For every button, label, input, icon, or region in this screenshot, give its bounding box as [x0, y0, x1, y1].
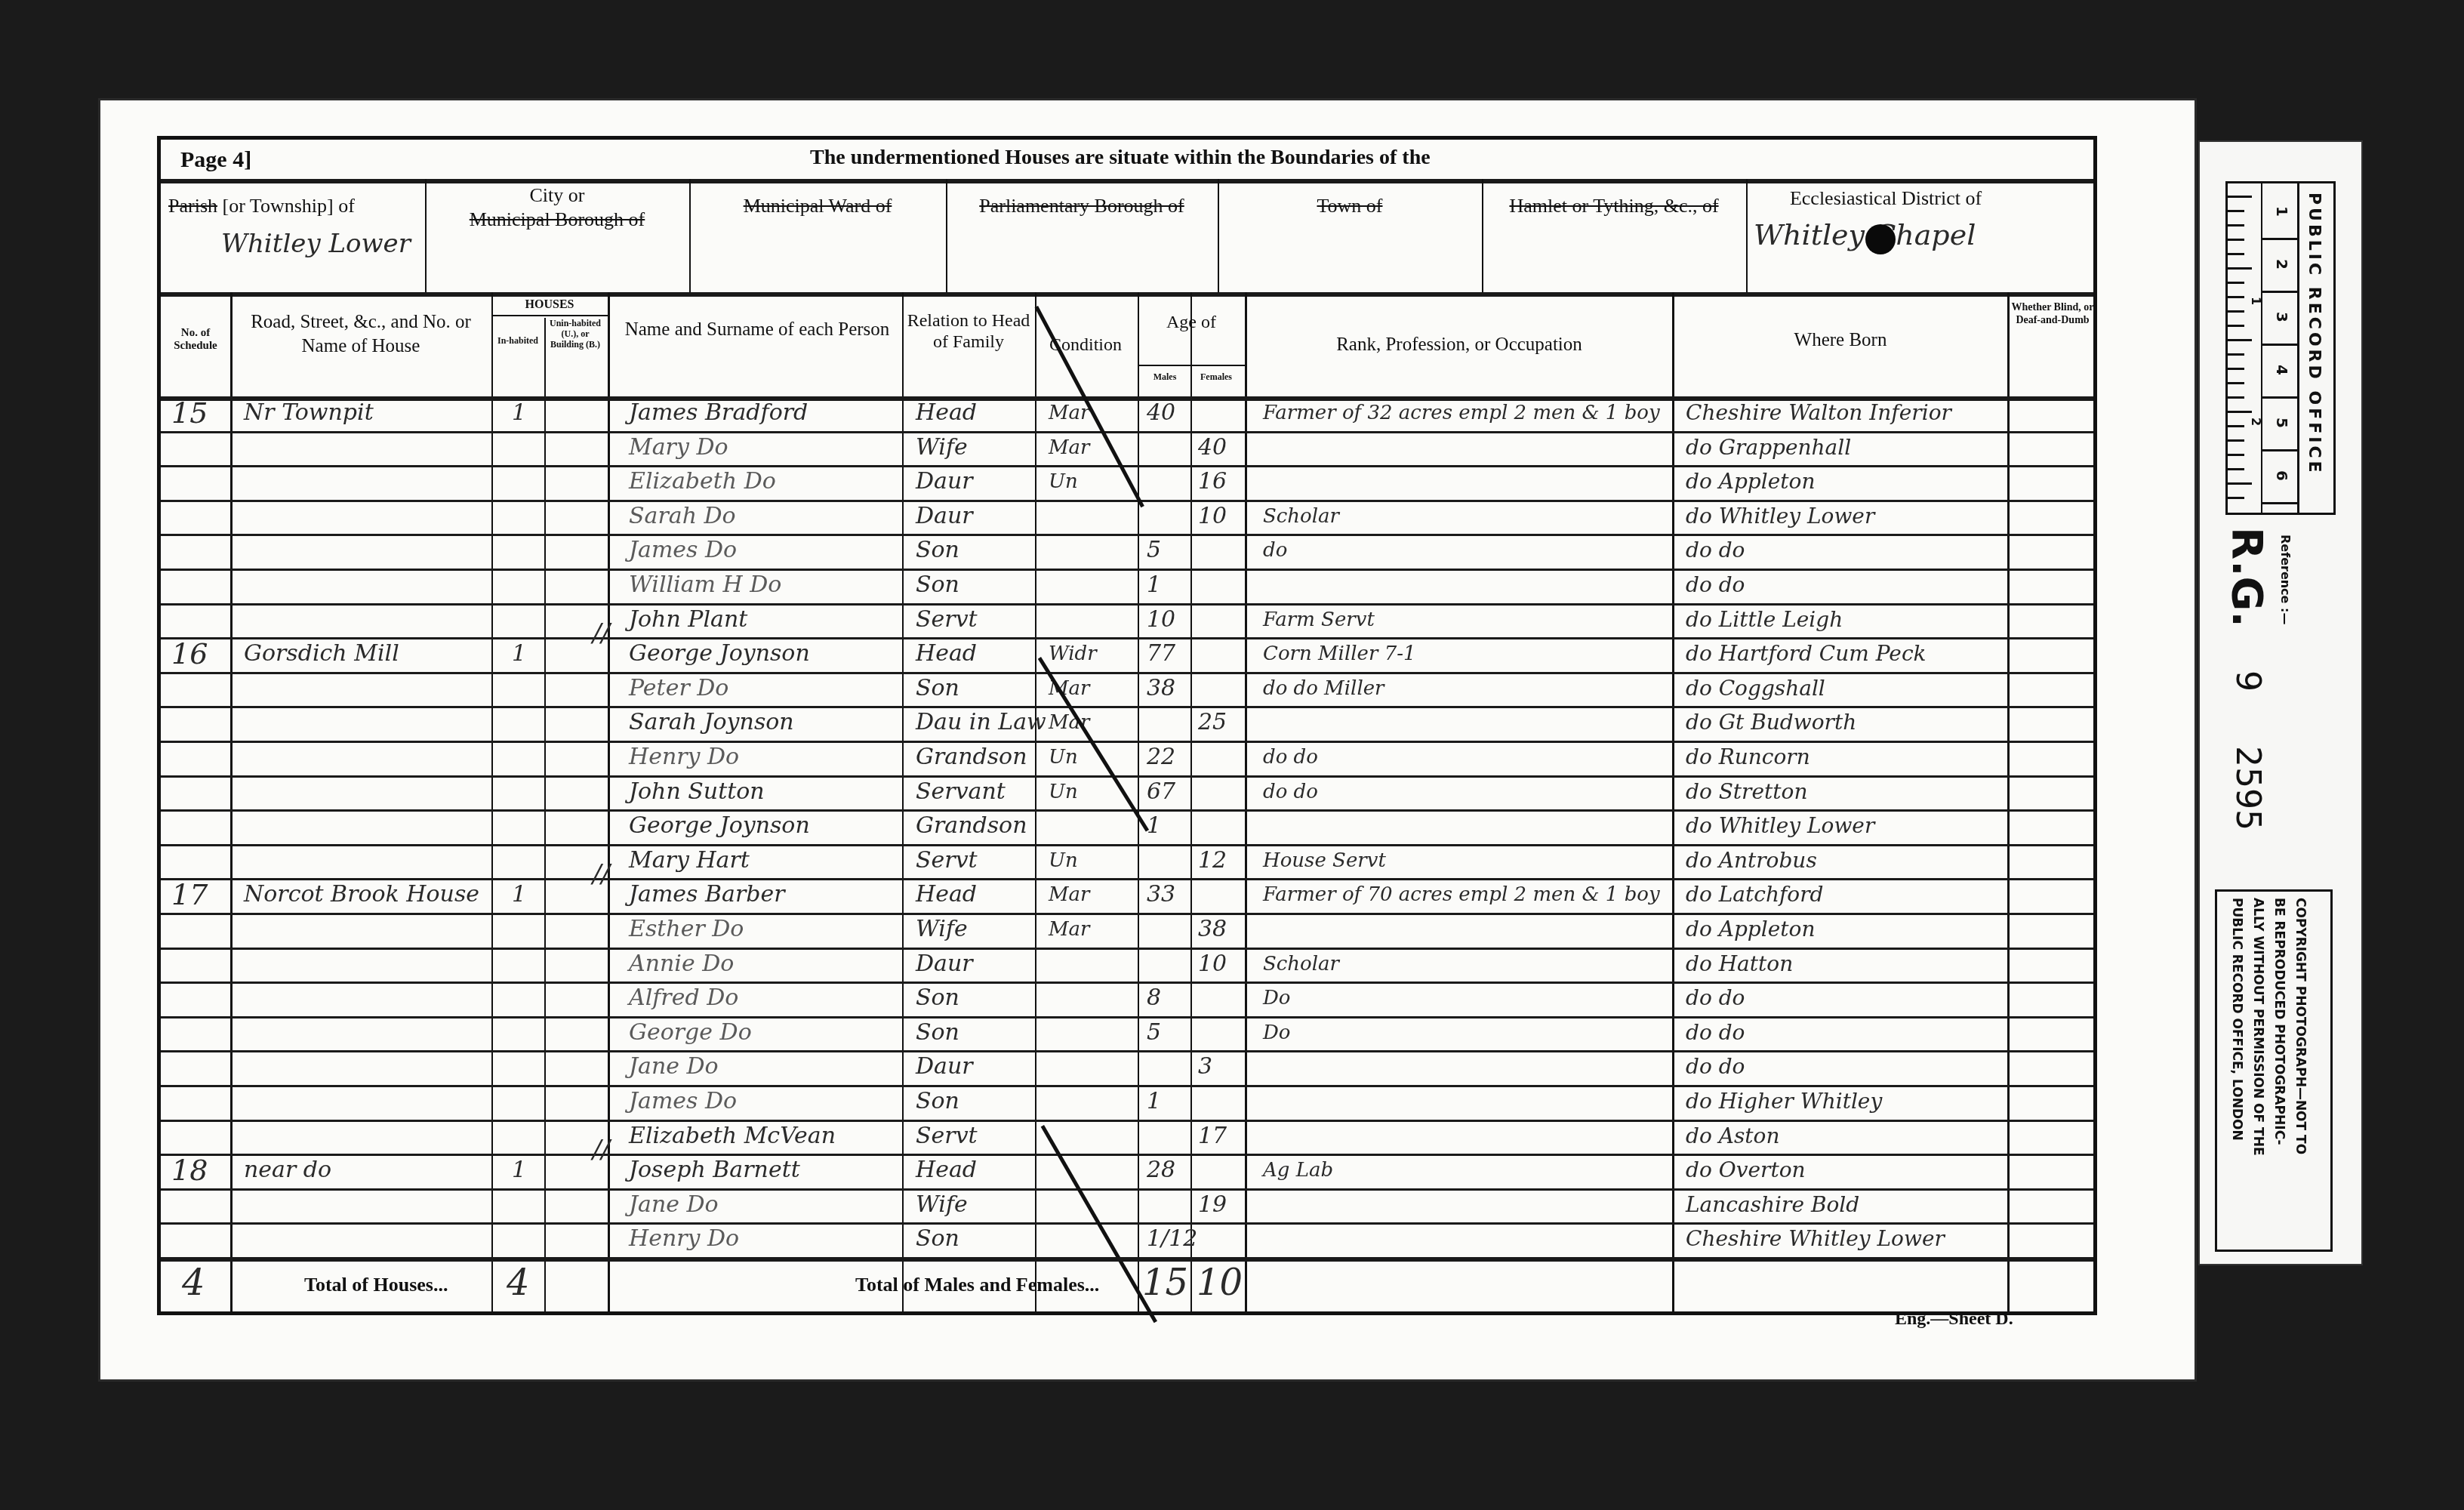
- row-divider: [161, 981, 2093, 984]
- office-label: PUBLIC RECORD OFFICE: [2305, 193, 2324, 476]
- column-divider: [902, 292, 904, 1314]
- row-relation: Son: [916, 1018, 959, 1048]
- row-inhabited: 1: [512, 880, 526, 910]
- row-occupation: House Servt: [1263, 846, 1386, 876]
- row-age-male: 10: [1147, 605, 1175, 635]
- total-persons-label: Total of Males and Females...: [855, 1274, 1099, 1296]
- copyright-line: PUBLIC RECORD OFFICE, LONDON: [2229, 898, 2244, 1141]
- row-born: do do: [1686, 570, 1745, 600]
- ruler-tick: [2228, 353, 2244, 356]
- row-name: Henry Do: [629, 742, 739, 772]
- household-separator-mark: //: [593, 618, 610, 649]
- column-divider: [1138, 292, 1139, 1314]
- ruler-tick: [2228, 339, 2252, 341]
- row-age-female: 25: [1198, 707, 1227, 738]
- ruler-tick: [2228, 310, 2244, 313]
- row-occupation: do do: [1263, 742, 1318, 772]
- row-relation: Head: [916, 639, 977, 669]
- row-occupation: Farm Servt: [1263, 605, 1375, 635]
- col-males: Males: [1141, 371, 1189, 384]
- row-divider: [161, 948, 2093, 950]
- column-divider: [1035, 292, 1036, 1314]
- sheet-footer: Eng.—Sheet D.: [1895, 1309, 2013, 1330]
- ruler-number: 4: [2273, 365, 2291, 375]
- row-born: do Appleton: [1686, 467, 1815, 497]
- row-relation: Wife: [916, 914, 968, 945]
- col-schedule: No. of Schedule: [161, 327, 230, 353]
- row-age-male: 1/12: [1147, 1224, 1197, 1254]
- ruler-number: 2: [2273, 259, 2291, 270]
- row-name: Jane Do: [629, 1190, 719, 1220]
- row-occupation: do do: [1263, 777, 1318, 807]
- household-separator-mark: //: [593, 859, 610, 889]
- row-occupation: Scholar: [1263, 949, 1339, 979]
- col-inhabited: In-habited: [493, 334, 543, 347]
- reference-strip: PUBLIC RECORD OFFICE 12345612 Reference …: [2198, 140, 2363, 1265]
- ruler-tick: [2228, 396, 2244, 399]
- ruler-number: 1: [2273, 206, 2291, 217]
- ruler-tick: [2228, 411, 2252, 413]
- row-name: Jane Do: [629, 1052, 719, 1082]
- row-relation: Dau in Law: [916, 707, 1046, 738]
- row-age-female: 38: [1198, 914, 1227, 945]
- ruler: PUBLIC RECORD OFFICE 12345612: [2225, 181, 2336, 515]
- row-name: Sarah Do: [629, 501, 736, 532]
- row-name: Elizabeth McVean: [629, 1121, 836, 1151]
- household-separator-mark: //: [593, 1135, 610, 1165]
- row-name: Peter Do: [629, 673, 728, 704]
- row-born: do do: [1686, 535, 1745, 565]
- row-age-male: 5: [1147, 1018, 1161, 1048]
- ruler-tick: [2228, 224, 2244, 226]
- scale-mark: 1: [2249, 297, 2263, 305]
- column-divider: [1245, 292, 1247, 1314]
- col-females: Females: [1192, 371, 1240, 384]
- row-relation: Grandson: [916, 811, 1027, 841]
- row-relation: Son: [916, 1224, 959, 1254]
- row-condition: Un: [1049, 467, 1078, 497]
- col-age: Age of: [1138, 310, 1244, 334]
- col-name: Name and Surname of each Person: [614, 318, 901, 342]
- row-born: do Gt Budworth: [1686, 707, 1856, 738]
- col-relation: Relation to Head of Family: [904, 310, 1033, 353]
- row-relation: Servt: [916, 605, 978, 635]
- row-relation: Grandson: [916, 742, 1027, 772]
- row-age-female: 19: [1198, 1190, 1227, 1220]
- divider: [1138, 365, 1245, 366]
- row-age-male: 40: [1147, 398, 1175, 428]
- total-males: 15: [1142, 1262, 1188, 1304]
- municipal-ward-label: Municipal Ward of: [697, 194, 938, 218]
- row-divider: [161, 569, 2093, 571]
- row-born: Cheshire Walton Inferior: [1686, 398, 1951, 428]
- row-relation: Wife: [916, 1190, 968, 1220]
- row-name: Sarah Joynson: [629, 707, 794, 738]
- row-condition: Mar: [1049, 433, 1090, 463]
- ruler-tick: [2228, 282, 2244, 284]
- page-label: Page 4]: [180, 147, 251, 173]
- row-born: do Hatton: [1686, 949, 1793, 979]
- row-age-male: 67: [1147, 777, 1175, 807]
- column-divider: [2007, 292, 2010, 1314]
- row-born: do Hartford Cum Peck: [1686, 639, 1927, 669]
- divider: [1482, 179, 1483, 292]
- row-name: James Do: [629, 1086, 737, 1117]
- scale-mark: 2: [2249, 418, 2263, 426]
- ruler-tick: [2228, 368, 2244, 370]
- row-schedule: 16: [171, 639, 208, 669]
- divider: [161, 292, 2093, 297]
- divider: [2297, 183, 2299, 513]
- parish-label: Parish [or Township] of: [168, 194, 417, 218]
- row-relation: Daur: [916, 1052, 973, 1082]
- row-age-male: 28: [1147, 1155, 1175, 1185]
- col-uninhabited: Unin-habited (U.), or Building (B.): [546, 318, 605, 350]
- hamlet-label: Hamlet or Tything, &c., of: [1489, 194, 1739, 218]
- row-born: do Stretton: [1686, 777, 1807, 807]
- ink-blot: [1865, 224, 1896, 254]
- row-born: do Grappenhall: [1686, 433, 1851, 463]
- ecclesiastical-district-label: Ecclesiastical District of: [1750, 186, 2022, 211]
- row-born: Cheshire Whitley Lower: [1686, 1224, 1945, 1254]
- divider: [946, 179, 947, 292]
- ruler-tick: [2228, 296, 2244, 298]
- ruler-tick: [2228, 382, 2244, 384]
- ruler-tick: [2228, 196, 2252, 198]
- row-born: do Overton: [1686, 1155, 1806, 1185]
- copyright-line: BE REPRODUCED PHOTOGRAPHIC-: [2271, 898, 2287, 1145]
- row-age-male: 5: [1147, 535, 1161, 565]
- row-road: near do: [244, 1155, 331, 1185]
- row-schedule: 17: [171, 880, 208, 910]
- row-relation: Head: [916, 398, 977, 428]
- row-name: John Plant: [629, 605, 747, 635]
- row-inhabited: 1: [512, 1155, 526, 1185]
- total-houses-label: Total of Houses...: [304, 1274, 448, 1296]
- row-road: Gorsdich Mill: [244, 639, 399, 669]
- row-born: do Antrobus: [1686, 846, 1817, 876]
- row-born: Lancashire Bold: [1686, 1190, 1859, 1220]
- reference-piece: 2595: [2228, 746, 2267, 830]
- row-schedule: 18: [171, 1155, 208, 1185]
- row-relation: Servt: [916, 1121, 978, 1151]
- row-occupation: Do: [1263, 1018, 1291, 1048]
- row-occupation: do: [1263, 535, 1287, 565]
- census-sheet: Page 4] The undermentioned Houses are si…: [98, 98, 2197, 1382]
- row-age-female: 17: [1198, 1121, 1227, 1151]
- row-condition: Un: [1049, 742, 1078, 772]
- ruler-tick: [2228, 267, 2252, 270]
- copyright-box: COPYRIGHT PHOTOGRAPH—NOT TO BE REPRODUCE…: [2215, 889, 2333, 1252]
- ruler-tick: [2228, 482, 2252, 485]
- row-road: Norcot Brook House: [244, 880, 479, 910]
- row-occupation: Farmer of 32 acres empl 2 men & 1 boy: [1263, 398, 1660, 428]
- row-occupation: Do: [1263, 983, 1291, 1013]
- row-divider: [161, 1050, 2093, 1052]
- row-name: James Bradford: [629, 398, 808, 428]
- divider: [161, 1257, 2093, 1262]
- row-age-female: 12: [1198, 846, 1227, 876]
- column-divider: [1190, 292, 1192, 1314]
- row-name: James Do: [629, 535, 737, 565]
- col-road: Road, Street, &c., and No. or Name of Ho…: [233, 310, 489, 359]
- row-occupation: Scholar: [1263, 501, 1339, 532]
- ecclesiastical-district-value: Whitley Chapel: [1754, 218, 1976, 251]
- boundaries-heading: The undermentioned Houses are situate wi…: [810, 146, 1431, 170]
- ruler-tick: [2228, 497, 2244, 499]
- divider: [689, 179, 691, 292]
- row-name: Joseph Barnett: [629, 1155, 800, 1185]
- row-relation: Son: [916, 673, 959, 704]
- row-inhabited: 1: [512, 398, 526, 428]
- ruler-number: 3: [2273, 312, 2291, 322]
- row-relation: Head: [916, 1155, 977, 1185]
- row-schedule: 15: [171, 398, 208, 428]
- divider: [2261, 183, 2262, 513]
- row-name: George Do: [629, 1018, 752, 1048]
- divider: [2261, 396, 2297, 399]
- row-name: Mary Do: [629, 433, 728, 463]
- row-name: George Joynson: [629, 639, 810, 669]
- column-divider: [491, 292, 493, 1314]
- row-age-male: 1: [1147, 570, 1161, 600]
- row-born: do Aston: [1686, 1121, 1779, 1151]
- divider: [2261, 291, 2297, 293]
- total-females: 10: [1197, 1262, 1243, 1304]
- divider: [425, 179, 427, 292]
- copyright-line: ALLY WITHOUT PERMISSION OF THE: [2250, 898, 2265, 1156]
- row-age-male: 38: [1147, 673, 1175, 704]
- column-divider: [1672, 292, 1674, 1314]
- row-occupation: Ag Lab: [1263, 1155, 1333, 1185]
- row-condition: Mar: [1049, 707, 1090, 738]
- row-age-male: 1: [1147, 1086, 1161, 1117]
- divider: [491, 315, 608, 316]
- row-relation: Son: [916, 570, 959, 600]
- row-condition: Un: [1049, 846, 1078, 876]
- total-houses-value: 4: [507, 1262, 530, 1304]
- ruler-tick: [2228, 210, 2244, 212]
- divider: [2261, 238, 2297, 240]
- col-houses: HOUSES: [493, 298, 606, 311]
- row-relation: Daur: [916, 949, 973, 979]
- row-relation: Servt: [916, 846, 978, 876]
- census-form: Page 4] The undermentioned Houses are si…: [157, 136, 2097, 1315]
- ruler-number: 5: [2273, 418, 2291, 428]
- row-divider: [161, 1016, 2093, 1018]
- row-condition: Widr: [1049, 639, 1097, 669]
- row-age-female: 10: [1198, 949, 1227, 979]
- row-age-male: 22: [1147, 742, 1175, 772]
- row-relation: Daur: [916, 467, 973, 497]
- row-condition: Un: [1049, 777, 1078, 807]
- row-name: James Barber: [629, 880, 785, 910]
- total-schedules: 4: [182, 1262, 205, 1304]
- row-occupation: Corn Miller 7-1: [1263, 639, 1416, 669]
- ruler-tick: [2228, 325, 2244, 327]
- ruler-tick: [2228, 454, 2244, 456]
- row-divider: [161, 1120, 2093, 1122]
- divider: [1218, 179, 1219, 292]
- row-born: do Little Leigh: [1686, 605, 1843, 635]
- parish-value: Whitley Lower: [221, 229, 411, 259]
- row-relation: Wife: [916, 433, 968, 463]
- row-born: do Higher Whitley: [1686, 1086, 1882, 1117]
- row-born: do do: [1686, 1052, 1745, 1082]
- divider: [2261, 344, 2297, 346]
- row-born: do do: [1686, 983, 1745, 1013]
- row-age-female: 3: [1198, 1052, 1212, 1082]
- divider: [1746, 179, 1748, 292]
- row-occupation: Farmer of 70 acres empl 2 men & 1 boy: [1263, 880, 1660, 910]
- col-blind: Whether Blind, or Deaf-and-Dumb: [2010, 301, 2095, 327]
- row-condition: Mar: [1049, 398, 1090, 428]
- row-born: do do: [1686, 1018, 1745, 1048]
- row-name: Annie Do: [629, 949, 734, 979]
- reference-series: R.G.: [2222, 527, 2271, 627]
- row-born: do Coggshall: [1686, 673, 1825, 704]
- divider: [2261, 502, 2297, 504]
- city-borough-label: City or Municipal Borough of: [433, 183, 682, 232]
- row-relation: Son: [916, 983, 959, 1013]
- row-occupation: do do Miller: [1263, 673, 1384, 704]
- row-name: Esther Do: [629, 914, 744, 945]
- row-born: do Runcorn: [1686, 742, 1810, 772]
- ruler-tick: [2228, 253, 2244, 255]
- ruler-tick: [2228, 239, 2244, 241]
- row-name: Henry Do: [629, 1224, 739, 1254]
- row-born: do Whitley Lower: [1686, 811, 1874, 841]
- column-divider: [230, 292, 233, 1314]
- row-age-female: 10: [1198, 501, 1227, 532]
- row-age-female: 40: [1198, 433, 1227, 463]
- col-occupation: Rank, Profession, or Occupation: [1248, 333, 1671, 357]
- row-name: Elizabeth Do: [629, 467, 776, 497]
- reference-class: 9: [2228, 670, 2267, 692]
- row-born: do Appleton: [1686, 914, 1815, 945]
- row-road: Nr Townpit: [244, 398, 374, 428]
- parliamentary-borough-label: Parliamentary Borough of: [953, 194, 1210, 218]
- row-relation: Servant: [916, 777, 1006, 807]
- row-condition: Mar: [1049, 673, 1090, 704]
- reference-label: Reference :—: [2278, 535, 2293, 624]
- row-relation: Head: [916, 880, 977, 910]
- row-relation: Son: [916, 535, 959, 565]
- row-relation: Daur: [916, 501, 973, 532]
- ruler-number: 6: [2273, 470, 2291, 481]
- row-name: Alfred Do: [629, 983, 738, 1013]
- row-age-male: 8: [1147, 983, 1161, 1013]
- row-name: John Sutton: [629, 777, 765, 807]
- row-relation: Son: [916, 1086, 959, 1117]
- row-name: William H Do: [629, 570, 781, 600]
- row-age-male: 1: [1147, 811, 1161, 841]
- row-age-male: 77: [1147, 639, 1175, 669]
- ruler-tick: [2228, 425, 2244, 427]
- row-divider: [161, 534, 2093, 536]
- row-name: Mary Hart: [629, 846, 750, 876]
- ruler-tick: [2228, 439, 2244, 442]
- row-age-male: 33: [1147, 880, 1175, 910]
- town-label: Town of: [1225, 194, 1474, 218]
- row-age-female: 16: [1198, 467, 1227, 497]
- row-condition: Mar: [1049, 880, 1090, 910]
- row-condition: Mar: [1049, 914, 1090, 945]
- row-inhabited: 1: [512, 639, 526, 669]
- row-born: do Latchford: [1686, 880, 1823, 910]
- copyright-line: COPYRIGHT PHOTOGRAPH—NOT TO: [2293, 898, 2308, 1154]
- row-name: George Joynson: [629, 811, 810, 841]
- row-born: do Whitley Lower: [1686, 501, 1874, 532]
- col-born: Where Born: [1674, 328, 2007, 353]
- ruler-tick: [2228, 468, 2244, 470]
- divider: [2261, 449, 2297, 451]
